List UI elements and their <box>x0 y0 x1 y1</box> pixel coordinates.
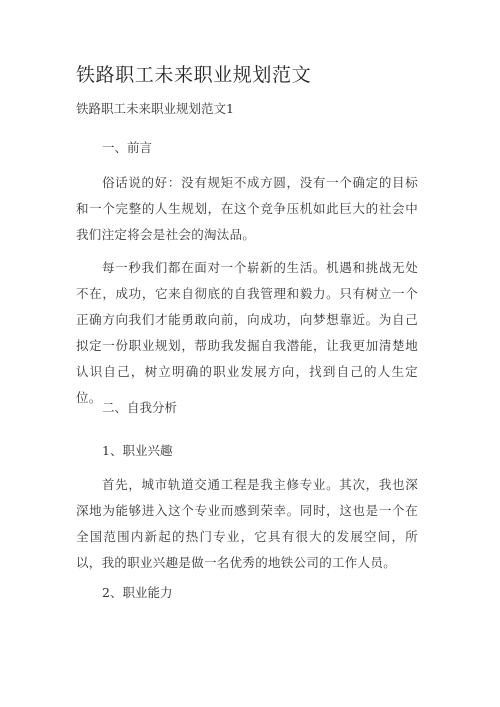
document-subtitle: 铁路职工未来职业规划范文1 <box>76 99 234 117</box>
paragraph-career-interest: 首先，城市轨道交通工程是我主修专业。其次，我也深深地为能够进入这个专业而感到荣幸… <box>76 472 418 576</box>
document-title: 铁路职工未来职业规划范文 <box>76 60 311 87</box>
section-heading-preface: 一、前言 <box>102 138 152 156</box>
section-heading-self-analysis: 二、自我分析 <box>102 398 177 416</box>
subheading-career-interest: 1、职业兴趣 <box>102 441 172 459</box>
paragraph-preface-2: 每一秒我们都在面对一个崭新的生活。机遇和挑战无处不在，成功，它来自彻底的自我管理… <box>76 255 418 411</box>
subheading-career-ability: 2、职业能力 <box>102 583 172 601</box>
paragraph-preface-1: 俗话说的好：没有规矩不成方圆，没有一个确定的目标和一个完整的人生规划，在这个竞争… <box>76 170 418 248</box>
